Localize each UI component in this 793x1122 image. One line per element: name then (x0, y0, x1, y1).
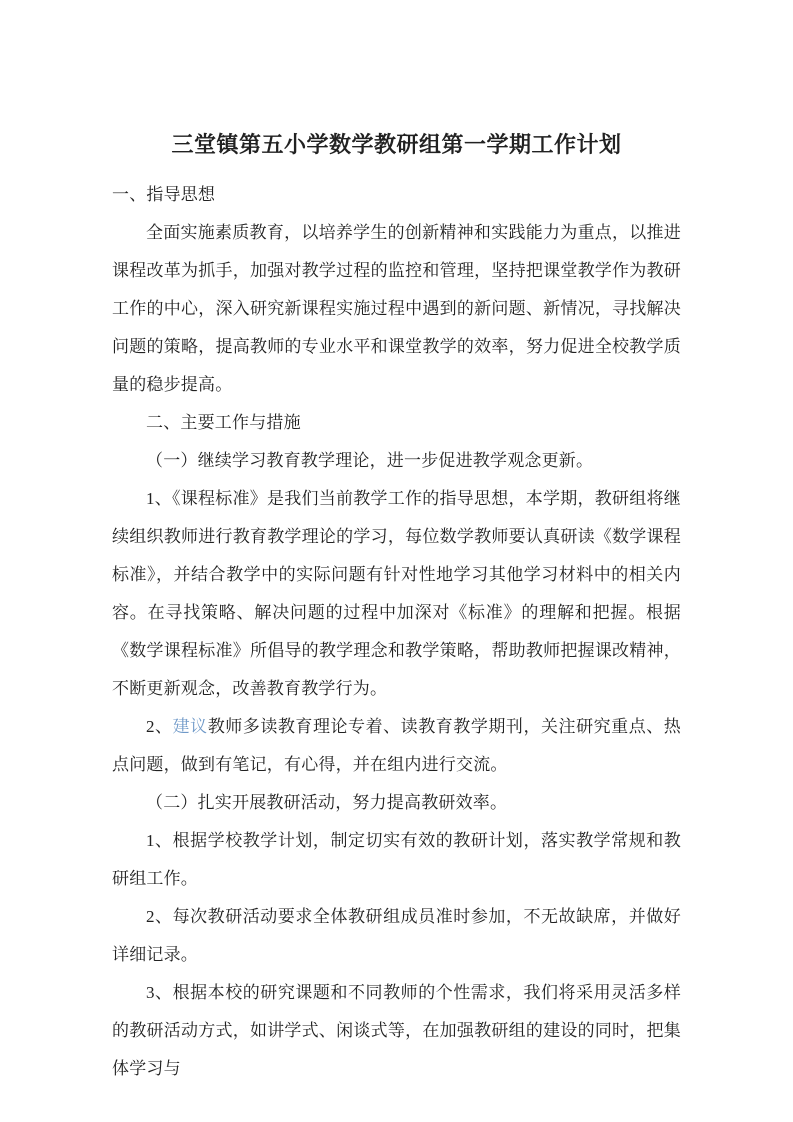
item-number-prefix: 2、 (146, 717, 173, 736)
heading-guiding-ideology: 一、指导思想 (112, 176, 681, 214)
heading-main-work-measures: 二、主要工作与措施 (112, 404, 681, 442)
item-attendance: 2、每次教研活动要求全体教研组成员准时参加，不无故缺席，并做好详细记录。 (112, 898, 681, 974)
item-flexible-activities: 3、根据本校的研究课题和不同教师的个性需求，我们将采用灵活多样的教研活动方式，如… (112, 974, 681, 1088)
intro-paragraph: 全面实施素质教育，以培养学生的创新精神和实践能力为重点，以推进课程改革为抓手，加… (112, 214, 681, 404)
item-teaching-plan: 1、根据学校教学计划，制定切实有效的教研计划，落实教学常规和教研组工作。 (112, 822, 681, 898)
document-title: 三堂镇第五小学数学教研组第一学期工作计划 (112, 130, 681, 160)
item-reading-suggestion: 2、建议教师多读教育理论专着、读教育教学期刊，关注研究重点、热点问题，做到有笔记… (112, 708, 681, 784)
document-page: 三堂镇第五小学数学教研组第一学期工作计划 一、指导思想 全面实施素质教育，以培养… (0, 0, 793, 1122)
suggestion-link[interactable]: 建议 (173, 717, 208, 736)
item-curriculum-standard: 1、《课程标准》是我们当前教学工作的指导思想，本学期，教研组将继续组织教师进行教… (112, 480, 681, 708)
subheading-theory-study: （一）继续学习教育教学理论，进一步促进教学观念更新。 (112, 442, 681, 480)
subheading-research-activity: （二）扎实开展教研活动，努力提高教研效率。 (112, 784, 681, 822)
